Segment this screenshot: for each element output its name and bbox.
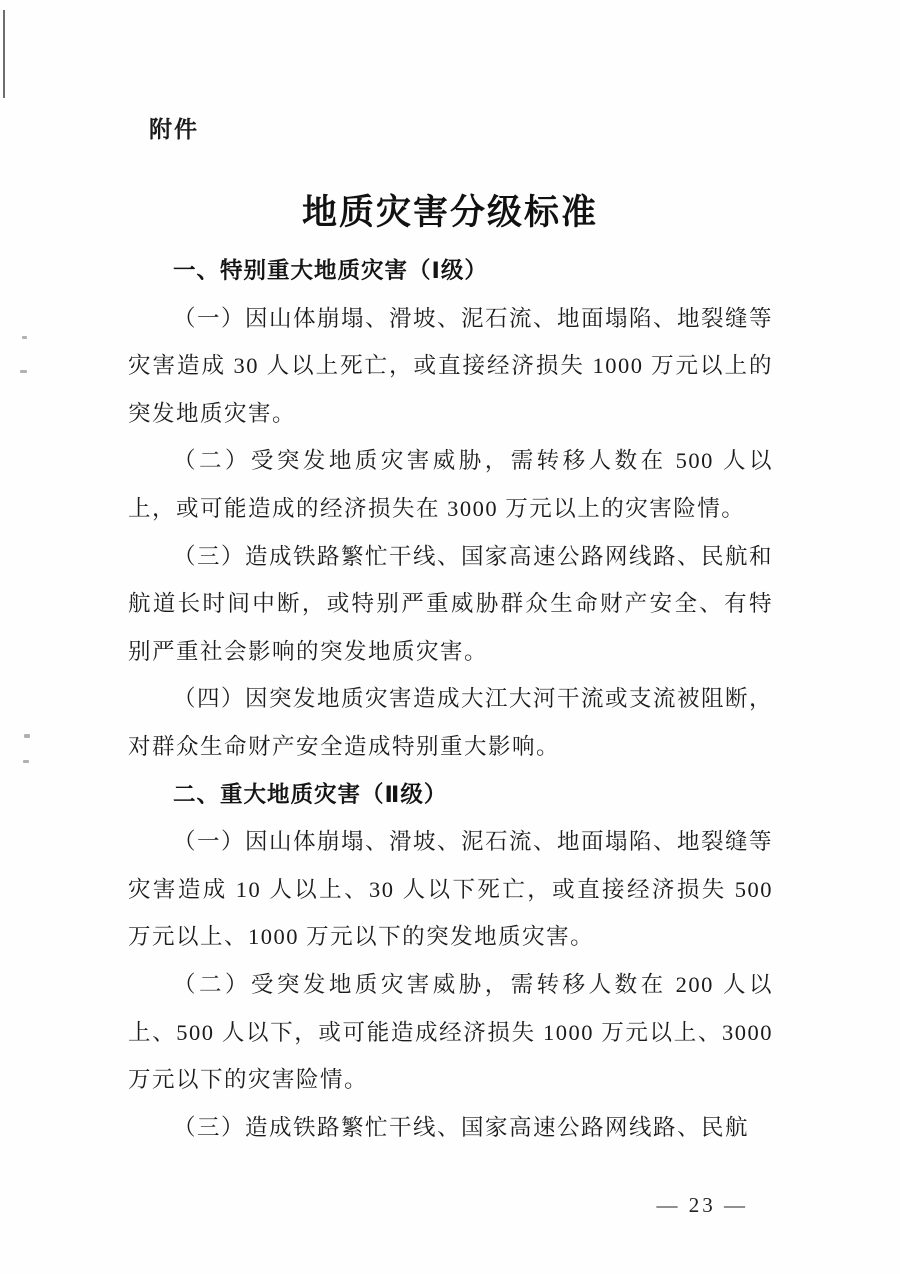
scan-artifact-dot <box>20 370 27 373</box>
section-2-heading: 二、重大地质灾害（Ⅱ级） <box>128 771 773 819</box>
section-1-paragraph-2: （二）受突发地质灾害威胁，需转移人数在 500 人以上，或可能造成的经济损失在 … <box>128 437 773 532</box>
section-1-heading: 一、特别重大地质灾害（Ⅰ级） <box>128 247 773 295</box>
section-2-paragraph-2: （二）受突发地质灾害威胁，需转移人数在 200 人以上、500 人以下，或可能造… <box>128 961 773 1104</box>
section-1-paragraph-3: （三）造成铁路繁忙干线、国家高速公路网线路、民航和航道长时间中断，或特别严重威胁… <box>128 533 773 676</box>
section-2-paragraph-3: （三）造成铁路繁忙干线、国家高速公路网线路、民航 <box>128 1104 773 1152</box>
attachment-label: 附件 <box>149 111 199 144</box>
scan-artifact-dot <box>23 760 29 763</box>
section-2-paragraph-1: （一）因山体崩塌、滑坡、泥石流、地面塌陷、地裂缝等灾害造成 10 人以上、30 … <box>128 818 773 961</box>
document-page: 附件 地质灾害分级标准 一、特别重大地质灾害（Ⅰ级） （一）因山体崩塌、滑坡、泥… <box>0 0 900 1274</box>
section-1-paragraph-4: （四）因突发地质灾害造成大江大河干流或支流被阻断，对群众生命财产安全造成特别重大… <box>128 675 773 770</box>
scan-artifact-dot <box>24 734 30 738</box>
page-number: — 23 — <box>657 1193 749 1218</box>
section-1-paragraph-1: （一）因山体崩塌、滑坡、泥石流、地面塌陷、地裂缝等灾害造成 30 人以上死亡，或… <box>128 295 773 438</box>
document-body: 一、特别重大地质灾害（Ⅰ级） （一）因山体崩塌、滑坡、泥石流、地面塌陷、地裂缝等… <box>128 247 773 1151</box>
scan-artifact-edge-line <box>3 10 5 98</box>
scan-artifact-dot <box>22 336 27 339</box>
document-title: 地质灾害分级标准 <box>0 185 900 235</box>
